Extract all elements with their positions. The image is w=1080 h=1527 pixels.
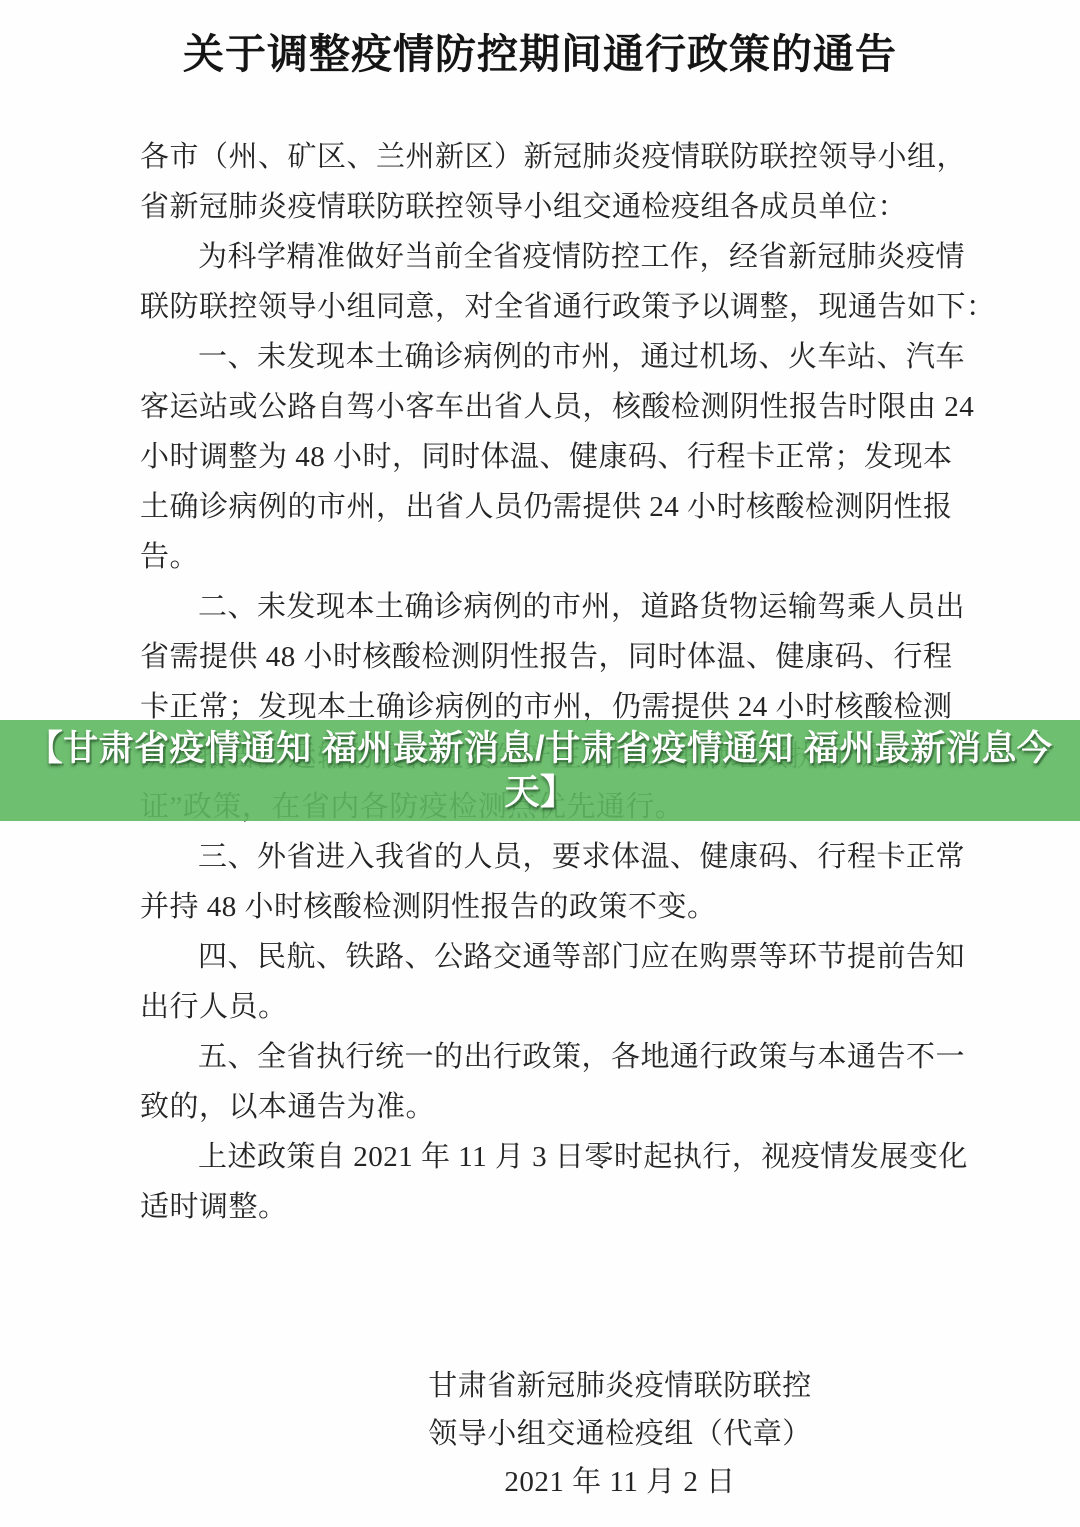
document-line: 致的，以本通告为准。 [140, 1082, 940, 1132]
watermark-text-line2: 天】 [504, 771, 575, 815]
document-title: 关于调整疫情防控期间通行政策的通告 [0, 26, 1080, 82]
watermark-zone: 二、未发现本土确诊病例的市州，道路货物运输驾乘人员出 省需提供 48 小时核酸检… [140, 582, 940, 832]
signature-org-line1: 甘肃省新冠肺炎疫情联防联控 [220, 1362, 1020, 1410]
scanned-notice-page: 关于调整疫情防控期间通行政策的通告 各市（州、矿区、兰州新区）新冠肺炎疫情联防联… [0, 0, 1080, 1527]
document-line: 告。 [140, 532, 940, 582]
document-line: 客运站或公路自驾小客车出省人员，核酸检测阴性报告时限由 24 [140, 382, 940, 432]
document-line: 联防联控领导小组同意，对全省通行政策予以调整，现通告如下： [140, 282, 940, 332]
watermark-overlay-band: 【甘肃省疫情通知 福州最新消息/甘肃省疫情通知 福州最新消息今 天】 [0, 720, 1080, 821]
document-body: 各市（州、矿区、兰州新区）新冠肺炎疫情联防联控领导小组， 省新冠肺炎疫情联防联控… [140, 132, 940, 1506]
document-line: 土确诊病例的市州，出省人员仍需提供 24 小时核酸检测阴性报 [140, 482, 940, 532]
document-line: 各市（州、矿区、兰州新区）新冠肺炎疫情联防联控领导小组， [140, 132, 940, 182]
document-line: 上述政策自 2021 年 11 月 3 日零时起执行，视疫情发展变化 [140, 1132, 940, 1182]
document-line: 省需提供 48 小时核酸检测阴性报告，同时体温、健康码、行程 [140, 632, 940, 682]
document-line: 四、民航、铁路、公路交通等部门应在购票等环节提前告知 [140, 932, 940, 982]
document-line: 为科学精准做好当前全省疫情防控工作，经省新冠肺炎疫情 [140, 232, 940, 282]
document-line: 并持 48 小时核酸检测阴性报告的政策不变。 [140, 882, 940, 932]
signature-date: 2021 年 11 月 2 日 [220, 1458, 1020, 1506]
document-line: 省新冠肺炎疫情联防联控领导小组交通检疫组各成员单位： [140, 182, 940, 232]
signature-org-line2: 领导小组交通检疫组（代章） [220, 1410, 1020, 1458]
document-line: 二、未发现本土确诊病例的市州，道路货物运输驾乘人员出 [140, 582, 940, 632]
document-line: 出行人员。 [140, 982, 940, 1032]
watermark-text-line1: 【甘肃省疫情通知 福州最新消息/甘肃省疫情通知 福州最新消息今 [28, 727, 1053, 771]
document-line: 一、未发现本土确诊病例的市州，通过机场、火车站、汽车 [140, 332, 940, 382]
document-line: 三、外省进入我省的人员，要求体温、健康码、行程卡正常 [140, 832, 940, 882]
document-line: 五、全省执行统一的出行政策，各地通行政策与本通告不一 [140, 1032, 940, 1082]
signature-block: 甘肃省新冠肺炎疫情联防联控 领导小组交通检疫组（代章） 2021 年 11 月 … [220, 1362, 1020, 1506]
document-line: 适时调整。 [140, 1182, 940, 1232]
document-line: 小时调整为 48 小时，同时体温、健康码、行程卡正常；发现本 [140, 432, 940, 482]
